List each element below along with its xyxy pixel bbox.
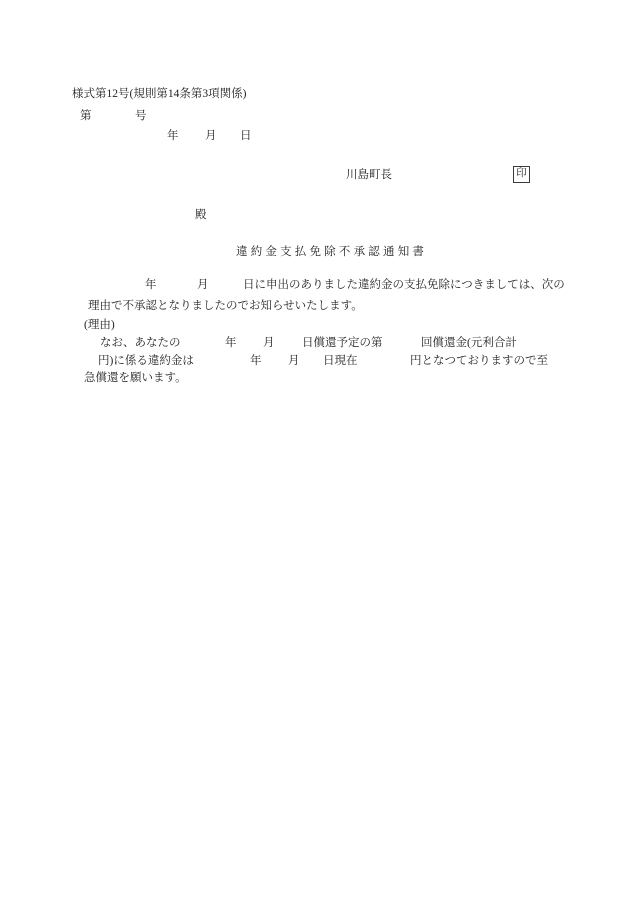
- honorific-dono: 殿: [195, 209, 207, 222]
- body-line1-text: 日に申出のありました違約金の支払免除につきましては、次の: [243, 279, 565, 292]
- doc-number-suffix: 号: [135, 110, 147, 123]
- body-line4-lead: なお、あなたの: [100, 337, 181, 350]
- date-month-label: 月: [205, 130, 217, 143]
- body-line5-lead: 円)に係る違約金は: [98, 355, 194, 368]
- document-title: 違約金支払免除不承認通知書: [236, 246, 427, 259]
- doc-number-prefix: 第: [80, 110, 92, 123]
- body-line5-month-label: 月: [288, 355, 300, 368]
- body-line4-month-label: 月: [263, 337, 275, 350]
- mayor-title: 川島町長: [346, 169, 392, 182]
- body-line4-tail: 回償還金(元利合計: [421, 337, 517, 350]
- reason-label: (理由): [84, 319, 115, 332]
- body-line-2: 理由で不承認となりましたのでお知らせいたします。: [88, 300, 363, 313]
- body-line1-month-label: 月: [197, 279, 209, 292]
- form-label: 様式第12号(規則第14条第3項関係): [72, 88, 246, 101]
- body-line4-text: 日償還予定の第: [302, 337, 383, 350]
- body-line5-tail: 円となつておりますので至: [410, 355, 548, 368]
- seal-mark-icon: 印: [513, 166, 530, 183]
- date-day-label: 日: [240, 130, 252, 143]
- date-year-label: 年: [167, 130, 179, 143]
- body-line4-year-label: 年: [225, 337, 237, 350]
- body-line5-year-label: 年: [250, 355, 262, 368]
- document-page: 様式第12号(規則第14条第3項関係) 第 号 年 月 日 川島町長 印 殿 違…: [0, 0, 630, 915]
- body-line-6: 急償還を願います。: [84, 372, 187, 385]
- body-line1-year-label: 年: [145, 279, 157, 292]
- body-line5-text: 日現在: [323, 355, 358, 368]
